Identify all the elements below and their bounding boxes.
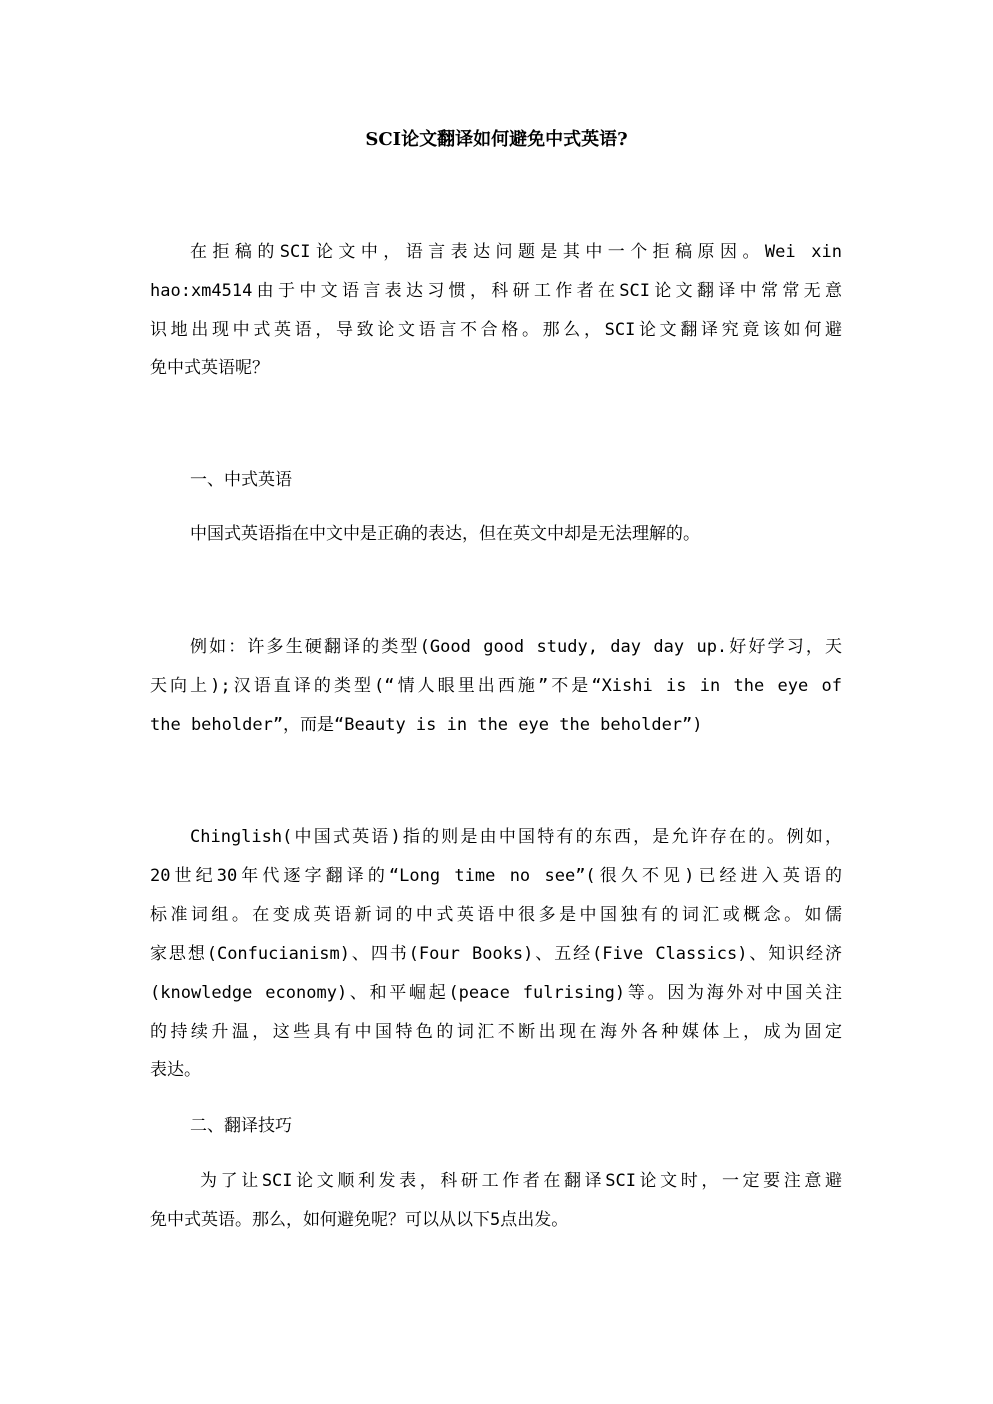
definition-paragraph: 中国式英语指在中文中是正确的表达，但在英文中却是无法理解的。	[190, 522, 842, 546]
chinglish-line-5: (knowledge economy)、和平崛起(peace fulrising…	[150, 981, 842, 1005]
intro-line-4: 免中式英语呢？	[150, 356, 842, 380]
chinglish-line-7: 表达。	[150, 1058, 842, 1082]
document-page: SCI论文翻译如何避免中式英语? 在拒稿的SCI论文中，语言表达问题是其中一个拒…	[0, 0, 993, 1404]
intro-line-1: 在拒稿的SCI论文中，语言表达问题是其中一个拒稿原因。Wei xin	[190, 240, 842, 264]
tips-line-2: 免中式英语。那么，如何避免呢？可以从以下5点出发。	[150, 1208, 842, 1232]
chinglish-line-6: 的持续升温，这些具有中国特色的词汇不断出现在海外各种媒体上，成为固定	[150, 1020, 842, 1044]
chinglish-line-1: Chinglish(中国式英语)指的则是由中国特有的东西，是允许存在的。例如，	[190, 825, 842, 849]
chinglish-line-2: 20世纪30年代逐字翻译的“Long time no see”(很久不见)已经进…	[150, 864, 842, 888]
chinglish-line-3: 标准词组。在变成英语新词的中式英语中很多是中国独有的词汇或概念。如儒	[150, 903, 842, 927]
example-line-3: the beholder”，而是“Beauty is in the eye th…	[150, 713, 842, 737]
section-heading-chinglish: 一、中式英语	[190, 468, 292, 492]
example-line-2: 天向上);汉语直译的类型(“情人眼里出西施”不是“Xishi is in the…	[150, 674, 842, 698]
tips-line-1: 为了让SCI论文顺利发表，科研工作者在翻译SCI论文时，一定要注意避	[200, 1169, 842, 1193]
section-heading-translation-tips: 二、翻译技巧	[190, 1114, 292, 1138]
document-title: SCI论文翻译如何避免中式英语?	[0, 128, 993, 152]
intro-line-2: hao:xm4514由于中文语言表达习惯，科研工作者在SCI论文翻译中常常无意	[150, 279, 842, 303]
example-line-1: 例如：许多生硬翻译的类型(Good good study, day day up…	[190, 635, 842, 659]
chinglish-line-4: 家思想(Confucianism)、四书(Four Books)、五经(Five…	[150, 942, 842, 966]
intro-line-3: 识地出现中式英语，导致论文语言不合格。那么，SCI论文翻译究竟该如何避	[150, 318, 842, 342]
